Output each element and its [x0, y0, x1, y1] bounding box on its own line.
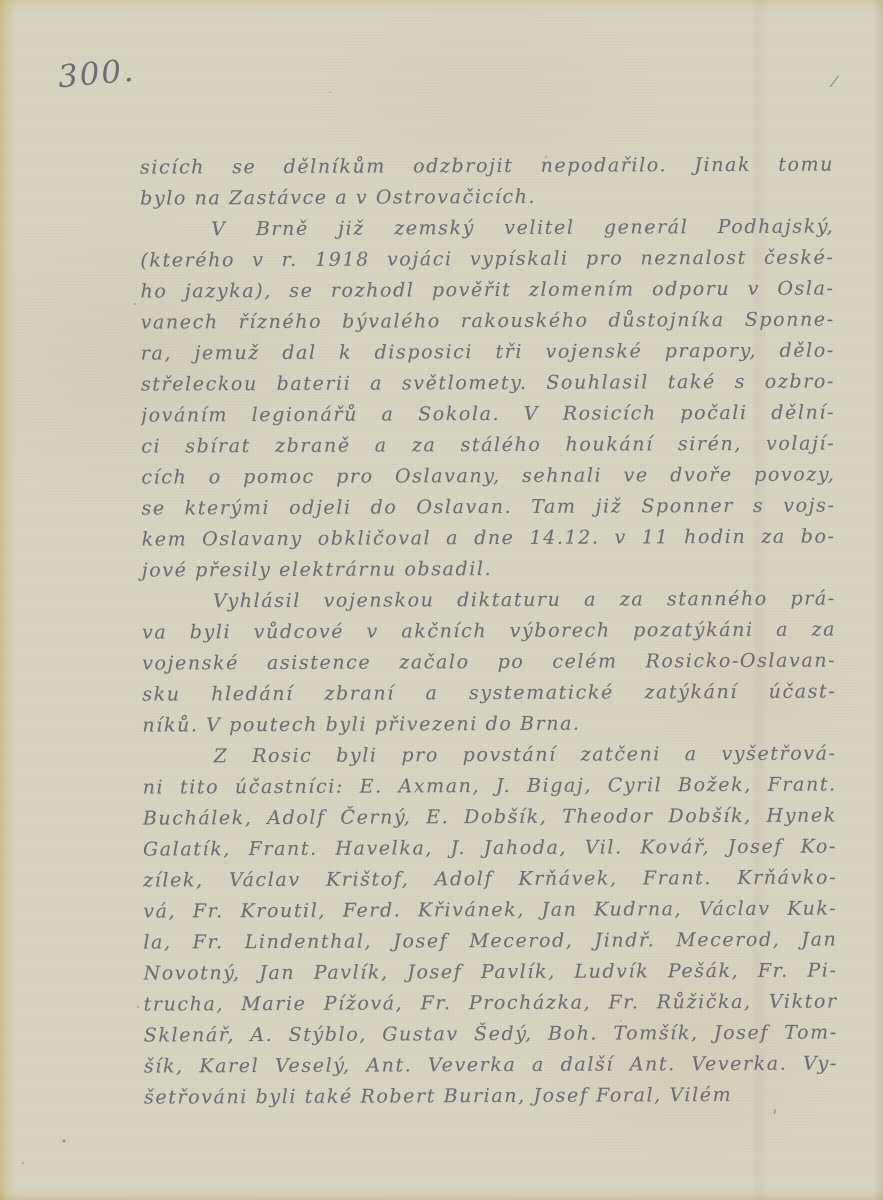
manuscript-page: 300. / sicích se dělníkům odzbrojit nepo… [0, 0, 883, 1200]
manuscript-line: bylo na Zastávce a v Ostrovačicích. [140, 180, 834, 214]
manuscript-line: cích o pomoc pro Oslavany, sehnali ve dv… [141, 459, 835, 493]
manuscript-line: ho jazyka), se rozhodl pověřit zlomením … [140, 273, 834, 307]
manuscript-line: šetřováni byli také Robert Burian, Josef… [144, 1079, 838, 1113]
page-number: 300. [57, 53, 137, 96]
manuscript-line: sku hledání zbraní a systematické zatýká… [142, 676, 836, 710]
manuscript-line: trucha, Marie Pížová, Fr. Procházka, Fr.… [144, 986, 838, 1020]
manuscript-line: V Brně již zemský velitel generál Podhaj… [140, 211, 834, 245]
manuscript-line: se kterými odjeli do Oslavan. Tam již Sp… [141, 490, 835, 524]
manuscript-line: níků. V poutech byli přivezeni do Brna. [142, 707, 836, 741]
manuscript-line: Galatík, Frant. Havelka, J. Jahoda, Vil.… [143, 831, 837, 865]
manuscript-line: Sklenář, A. Stýblo, Gustav Šedý, Boh. To… [144, 1017, 838, 1051]
manuscript-line: la, Fr. Lindenthal, Josef Mecerod, Jindř… [143, 924, 837, 958]
stray-pen-mark: / [830, 72, 838, 91]
manuscript-line: jové přesily elektrárnu obsadil. [142, 552, 836, 586]
manuscript-line: šík, Karel Veselý, Ant. Veverka a další … [144, 1048, 838, 1082]
paper-specks [0, 0, 2, 2]
manuscript-line: jováním legionářů a Sokola. V Rosicích p… [141, 397, 835, 431]
manuscript-line: ci sbírat zbraně a za stálého houkání si… [141, 428, 835, 462]
manuscript-line: Z Rosic byli pro povstání zatčeni a vyše… [142, 738, 836, 772]
manuscript-line: (kterého v r. 1918 vojáci vypískali pro … [140, 242, 834, 276]
manuscript-text: sicích se dělníkům odzbrojit nepodařilo.… [140, 149, 838, 1113]
manuscript-line: ra, jemuž dal k disposici tři vojenské p… [141, 335, 835, 369]
manuscript-line: vanech řízného bývalého rakouského důsto… [141, 304, 835, 338]
manuscript-line: zílek, Václav Krištof, Adolf Krňávek, Fr… [143, 862, 837, 896]
manuscript-line: vá, Fr. Kroutil, Ferd. Křivánek, Jan Kud… [143, 893, 837, 927]
manuscript-line: střeleckou baterii a světlomety. Souhlas… [141, 366, 835, 400]
manuscript-line: Buchálek, Adolf Černý, E. Dobšík, Theodo… [143, 800, 837, 834]
manuscript-line: Novotný, Jan Pavlík, Josef Pavlík, Ludví… [143, 955, 837, 989]
manuscript-line: ni tito účastníci: E. Axman, J. Bigaj, C… [143, 769, 837, 803]
manuscript-line: vojenské asistence začalo po celém Rosic… [142, 645, 836, 679]
manuscript-line: va byli vůdcové v akčních výborech pozat… [142, 614, 836, 648]
manuscript-line: sicích se dělníkům odzbrojit nepodařilo.… [140, 149, 834, 183]
manuscript-line: kem Oslavany obkličoval a dne 14.12. v 1… [142, 521, 836, 555]
manuscript-line: Vyhlásil vojenskou diktaturu a za stanné… [142, 583, 836, 617]
